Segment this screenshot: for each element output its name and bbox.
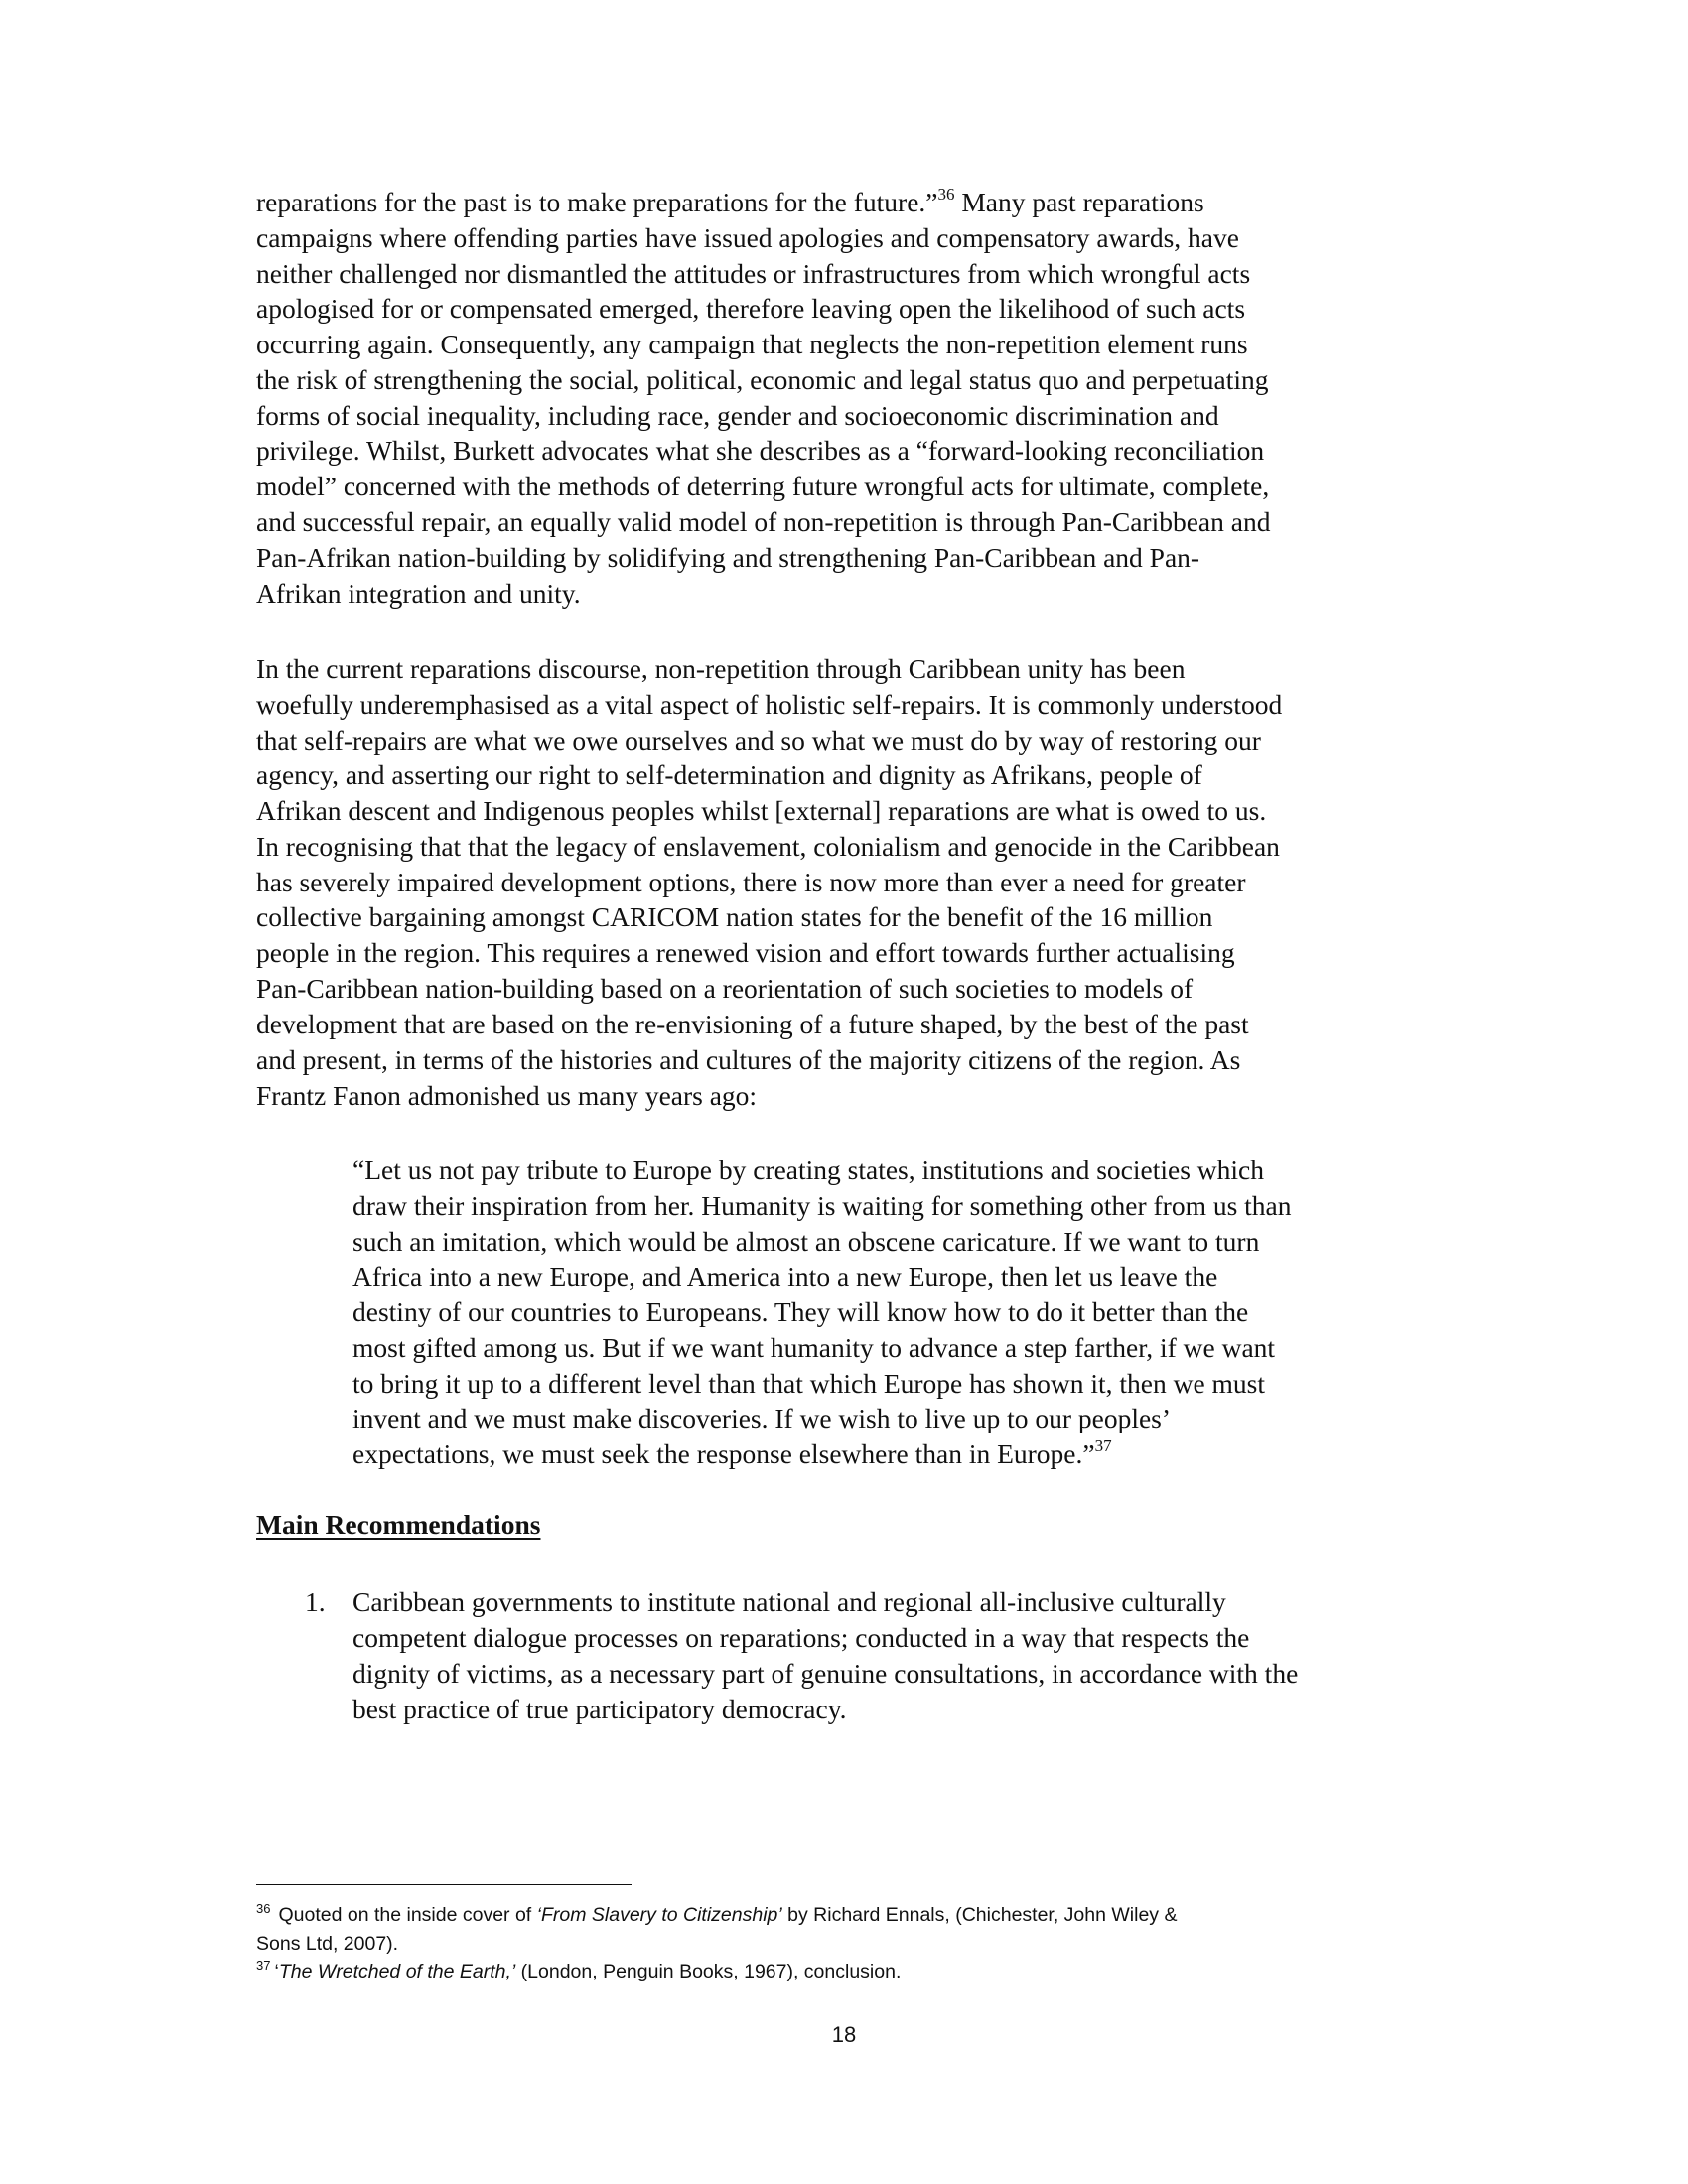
quote-line: invent and we must make discoveries. If …	[352, 1401, 1171, 1436]
paragraph-line: Pan-Afrikan nation-building by solidifyi…	[256, 540, 1199, 576]
quote-line: “Let us not pay tribute to Europe by cre…	[352, 1153, 1264, 1188]
quote-line: Africa into a new Europe, and America in…	[352, 1259, 1217, 1295]
footnote-36-continued: Sons Ltd, 2007).	[256, 1930, 398, 1958]
paragraph-line: the risk of strengthening the social, po…	[256, 362, 1269, 398]
paragraph-line: Afrikan descent and Indigenous peoples w…	[256, 793, 1266, 829]
paragraph-line: In the current reparations discourse, no…	[256, 651, 1185, 687]
paragraph-line: neither challenged nor dismantled the at…	[256, 256, 1250, 292]
list-item-line: best practice of true participatory demo…	[352, 1692, 847, 1727]
paragraph-line: Pan-Caribbean nation-building based on a…	[256, 971, 1193, 1007]
quote-line: expectations, we must seek the response …	[352, 1436, 1112, 1472]
paragraph-line: occurring again. Consequently, any campa…	[256, 327, 1248, 362]
paragraph-line: people in the region. This requires a re…	[256, 935, 1235, 971]
paragraph-line: privilege. Whilst, Burkett advocates wha…	[256, 433, 1264, 469]
list-item-number: 1.	[305, 1584, 326, 1620]
quote-line: to bring it up to a different level than…	[352, 1366, 1265, 1402]
paragraph-line: and successful repair, an equally valid …	[256, 504, 1270, 540]
paragraph-line: that self-repairs are what we owe oursel…	[256, 723, 1261, 758]
paragraph-line: Afrikan integration and unity.	[256, 576, 581, 612]
paragraph-line: Frantz Fanon admonished us many years ag…	[256, 1078, 757, 1114]
footnote-mark: 36	[256, 1901, 270, 1916]
footnote-36: 36Quoted on the inside cover of ‘From Sl…	[256, 1901, 1177, 1929]
footnote-ref-36[interactable]: 36	[937, 185, 954, 204]
quote-line: draw their inspiration from her. Humanit…	[352, 1188, 1292, 1224]
paragraph-line: model” concerned with the methods of det…	[256, 469, 1269, 504]
paragraph-line: agency, and asserting our right to self-…	[256, 757, 1202, 793]
footnote-mark: 37	[256, 1958, 270, 1973]
footnote-37: 37‘The Wretched of the Earth,’ (London, …	[256, 1958, 901, 1985]
paragraph-line: and present, in terms of the histories a…	[256, 1042, 1240, 1078]
quote-line: destiny of our countries to Europeans. T…	[352, 1295, 1248, 1330]
paragraph-line: forms of social inequality, including ra…	[256, 398, 1219, 434]
paragraph-line: woefully underemphasised as a vital aspe…	[256, 687, 1282, 723]
paragraph-line: has severely impaired development option…	[256, 865, 1246, 900]
paragraph-line: In recognising that that the legacy of e…	[256, 829, 1280, 865]
list-item-line: dignity of victims, as a necessary part …	[352, 1656, 1298, 1692]
footnote-separator	[256, 1884, 632, 1885]
quote-line: most gifted among us. But if we want hum…	[352, 1330, 1275, 1366]
paragraph-line: reparations for the past is to make prep…	[256, 185, 1204, 220]
paragraph-line: apologised for or compensated emerged, t…	[256, 291, 1245, 327]
quote-line: such an imitation, which would be almost…	[352, 1224, 1259, 1260]
page-number: 18	[0, 2021, 1688, 2049]
list-item-line: competent dialogue processes on reparati…	[352, 1620, 1249, 1656]
footnote-ref-37[interactable]: 37	[1095, 1436, 1112, 1455]
paragraph-line: campaigns where offending parties have i…	[256, 220, 1239, 256]
paragraph-line: collective bargaining amongst CARICOM na…	[256, 899, 1212, 935]
paragraph-line: development that are based on the re-env…	[256, 1007, 1249, 1042]
section-heading: Main Recommendations	[256, 1507, 540, 1543]
list-item-line: Caribbean governments to institute natio…	[352, 1584, 1226, 1620]
document-page: reparations for the past is to make prep…	[0, 0, 1688, 2184]
